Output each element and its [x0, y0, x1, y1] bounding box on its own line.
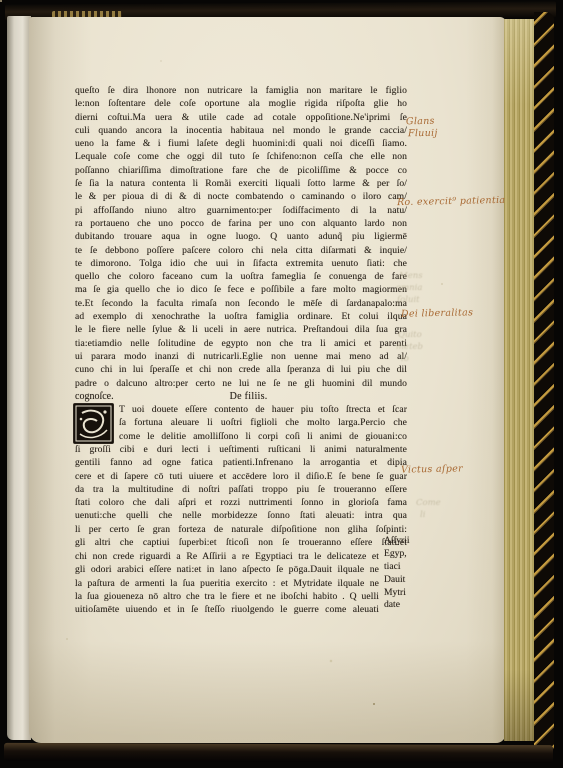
book-photograph: queſto ſe dira lhonore non nutricare la …	[0, 0, 563, 768]
text-line: cere et di ſapere cō tuti uiuere et accē…	[75, 470, 407, 483]
section-heading-row: cognoſce. De filiis.	[75, 390, 407, 403]
text-block-beside-initial: T uoi douete eſſere contento de hauer pi…	[119, 403, 407, 443]
showthrough-text: meteb	[396, 342, 423, 352]
text-line: ſi groſſi cibi e duri lecti i ueſtimenti…	[75, 443, 407, 456]
text-line: dierni coſtui.Ma uera & utile cade ad co…	[75, 111, 407, 124]
woodcut-initial-ornament	[74, 404, 113, 443]
binding-bottom-edge	[4, 743, 553, 763]
text-line: dubitando trouare aqua in ogne luogo. Q …	[75, 230, 407, 243]
text-line: Lequale coſe come che oggi dil tuto ſe ſ…	[75, 150, 407, 163]
margin-note: tiaci	[384, 561, 424, 574]
text-line: le & per pioua di di & di nocte combaten…	[75, 190, 407, 203]
text-line: pi affoſſando niuno altro guarnimento:pe…	[75, 204, 407, 217]
text-line: te dimorono. Tolga idio che uui in ſifac…	[75, 257, 407, 270]
text-line: padre o dalcuno altro:per certo ne lui n…	[75, 377, 407, 390]
text-line: poſſanno chiariſſima dimoſtratione fare …	[75, 164, 407, 177]
text-line: ad exemplo di xenochrathe la uoſtra fami…	[75, 310, 407, 323]
margin-note: date	[384, 599, 424, 612]
text-line: ſa fortuna aleuare li uoſtri figlioli ch…	[119, 416, 407, 429]
text-line: come le delitie amolliſſono li corpi coſ…	[119, 430, 407, 443]
section-heading: De filiis.	[230, 390, 268, 403]
text-line: ma ſe gia quello che io dico ſe fece e p…	[75, 283, 407, 296]
text-line: tia:etiamdio nelle ſolitudine de egypto …	[75, 337, 407, 350]
text-line: quello che coloro faceano cum la uoſtra …	[75, 270, 407, 283]
text-line: gli odori arabici eſſere nati:et in lano…	[75, 563, 379, 576]
text-line: gentili fanno ad ogne fatica patienti.In…	[75, 456, 407, 469]
text-line: T uoi douete eſſere contento de hauer pi…	[119, 403, 407, 416]
text-block-narrow: chi non crede riguardi a Re Aſſirii a re…	[75, 550, 379, 616]
text-block-lower: ſi groſſi cibi e duri lecti i ueſtimenti…	[75, 443, 407, 549]
left-page-edges	[7, 16, 31, 740]
text-line: la paſtura de armenti la ſua pueritia ex…	[75, 577, 379, 590]
text-block-upper: queſto ſe dira lhonore non nutricare la …	[75, 84, 407, 390]
text-line: ſtati coloro che dali aſpri et rozzi nut…	[75, 496, 407, 509]
text-line: te.Et ſecondo la faculta rimaſa non ſeco…	[75, 297, 407, 310]
text-line: uitioſamēte uiuendo et in ſe ſteſſo riuo…	[75, 603, 379, 616]
showthrough-text: Come	[416, 498, 441, 508]
handwritten-annotation: Ro. exercit⁹ patientia	[397, 195, 506, 208]
showthrough-text: li	[420, 510, 425, 520]
text-line: ui parara modo inanzi di nutricarli.Egli…	[75, 350, 407, 363]
showthrough-text: Quito	[398, 330, 422, 340]
text-line: ueno la fame & i fiumi laſete degli huom…	[75, 137, 407, 150]
showthrough-text: ſoluit	[397, 295, 420, 305]
text-line: chi non crede riguardi a Re Aſſirii a re…	[75, 550, 379, 563]
margin-note: Dauit	[384, 574, 424, 587]
handwritten-annotation: Victus aſper	[401, 463, 463, 475]
paper-speckles	[0, 0, 2, 2]
text-line: le le fiere nelle ſylue & li uceli in ae…	[75, 323, 407, 336]
showthrough-text: lo	[401, 354, 409, 364]
tooled-binding-edge	[534, 12, 554, 752]
gilt-fore-edge	[504, 19, 535, 741]
text-line: uenuti:che quelli che nelle morbidezze ſ…	[75, 509, 407, 522]
text-line: gli altri che captiui ſuperbi:et ſticoſi…	[75, 536, 407, 549]
text-line: da tra la multitudine di noſtri paſſati …	[75, 483, 407, 496]
paragraph-end: cognoſce.	[75, 390, 114, 403]
text-line: cuno chi in lui ſperaſſe et chi non cred…	[75, 363, 407, 376]
text-line: le:non ſoſtentare dele coſe oportune ala…	[75, 97, 407, 110]
handwritten-annotation: Glans	[406, 116, 435, 128]
showthrough-text: Mens	[399, 271, 423, 281]
text-line: ſe ſia la natura contenta li Romãi exerc…	[75, 177, 407, 190]
text-line: te ſe debbono poſſere paſcere coloro chi…	[75, 244, 407, 257]
printed-margin-notes: AſſyriiEgyp,tiaciDauitMytridate	[384, 535, 424, 612]
woodcut-initial	[74, 404, 113, 443]
text-line: ra portaueno che uno pocco de farina per…	[75, 217, 407, 230]
text-line: la ſua gioueneza nō altro che tra le fie…	[75, 590, 379, 603]
margin-note: Egyp,	[384, 548, 424, 561]
text-line: culi quando ancora la inocentia habitaua…	[75, 124, 407, 137]
text-line: li per certo ſe gran forteza de naturale…	[75, 523, 407, 536]
handwritten-annotation: Dei liberalitas	[401, 307, 473, 320]
text-line: queſto ſe dira lhonore non nutricare la …	[75, 84, 407, 97]
showthrough-text: omnia	[396, 283, 422, 293]
margin-note: Mytri	[384, 587, 424, 600]
margin-note: Aſſyrii	[384, 535, 424, 548]
handwritten-annotation: Fluuij	[408, 128, 438, 140]
